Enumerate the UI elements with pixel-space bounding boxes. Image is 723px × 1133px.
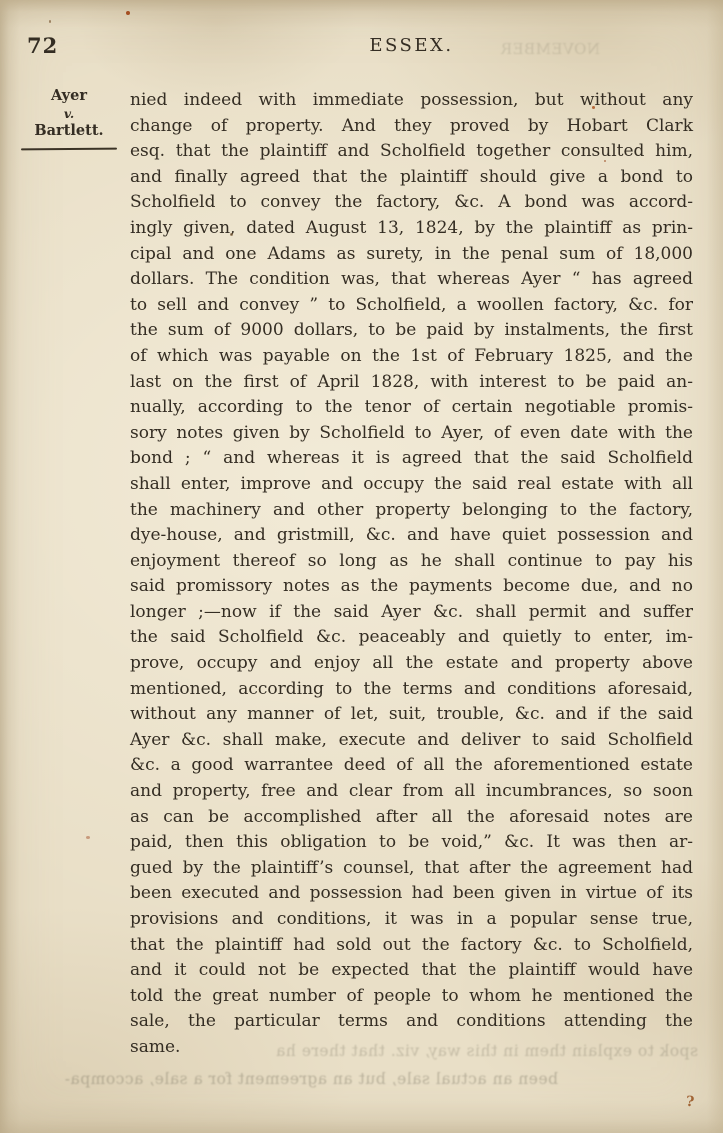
text-line: ingly given, dated August 13, 1824, by t… — [130, 216, 693, 242]
text-line: mentioned, according to the terms and co… — [130, 677, 693, 703]
text-line: esq. that the plaintiff and Scholfield t… — [130, 139, 693, 165]
text-line: as can be accomplished after all the afo… — [130, 805, 693, 831]
text-line: dollars. The condition was, that whereas… — [130, 267, 693, 293]
text-line: Scholfield to convey the factory, &c. A … — [130, 190, 693, 216]
text-line: enjoyment thereof so long as he shall co… — [130, 549, 693, 575]
text-line: told the great number of people to whom … — [130, 984, 693, 1010]
text-line: said promissory notes as the payments be… — [130, 574, 693, 600]
text-line: nied indeed with immediate possession, b… — [130, 88, 693, 114]
text-line: Ayer &c. shall make, execute and deliver… — [130, 728, 693, 754]
text-line: sory notes given by Scholfield to Ayer, … — [130, 421, 693, 447]
text-line: been executed and possession had been gi… — [130, 881, 693, 907]
text-line: and finally agreed that the plaintiff sh… — [130, 165, 693, 191]
text-line: change of property. And they proved by H… — [130, 114, 693, 140]
sidenote-plaintiff: Ayer — [16, 86, 122, 106]
text-line: the sum of 9000 dollars, to be paid by i… — [130, 318, 693, 344]
text-line: sale, the particular terms and condition… — [130, 1009, 693, 1035]
text-line: last on the first of April 1828, with in… — [130, 370, 693, 396]
text-line: bond ; “ and whereas it is agreed that t… — [130, 446, 693, 472]
text-line: the said Scholfield &c. peaceably and qu… — [130, 625, 693, 651]
running-head: ESSEX. — [130, 35, 693, 56]
bleedthrough-text: been an actual sale, but an agreement fo… — [88, 1070, 558, 1088]
text-line: gued by the plaintiff’s counsel, that af… — [130, 856, 693, 882]
text-line: the machinery and other property belongi… — [130, 498, 693, 524]
text-line: and property, free and clear from all in… — [130, 779, 693, 805]
page-number: 72 — [27, 33, 58, 58]
text-line: longer ;—now if the said Ayer &c. shall … — [130, 600, 693, 626]
text-line: provisions and conditions, it was in a p… — [130, 907, 693, 933]
book-page: 72 ESSEX. NOVEMBER Ayer v. Bartlett. nie… — [0, 0, 723, 1133]
paper-speck — [126, 11, 130, 15]
text-line: same. — [130, 1035, 693, 1061]
sidenote-versus: v. — [16, 106, 122, 121]
paper-speck — [49, 20, 51, 23]
text-line: and it could not be expected that the pl… — [130, 958, 693, 984]
text-line: dye-house, and gristmill, &c. and have q… — [130, 523, 693, 549]
text-line: of which was payable on the 1st of Febru… — [130, 344, 693, 370]
sidenote-rule — [21, 148, 117, 151]
text-line: prove, occupy and enjoy all the estate a… — [130, 651, 693, 677]
text-line: &c. a good warrantee deed of all the afo… — [130, 753, 693, 779]
paper-speck — [86, 836, 90, 839]
text-line: without any manner of let, suit, trouble… — [130, 702, 693, 728]
case-sidenote: Ayer v. Bartlett. — [16, 86, 122, 141]
text-line: cipal and one Adams as surety, in the pe… — [130, 242, 693, 268]
sidenote-defendant: Bartlett. — [16, 121, 122, 141]
text-line: to sell and convey ” to Scholfield, a wo… — [130, 293, 693, 319]
text-line: that the plaintiff had sold out the fact… — [130, 933, 693, 959]
text-line: nually, according to the tenor of certai… — [130, 395, 693, 421]
ink-mark: ? — [685, 1094, 694, 1111]
text-line: shall enter, improve and occupy the said… — [130, 472, 693, 498]
body-text: nied indeed with immediate possession, b… — [130, 88, 693, 1061]
text-line: paid, then this obligation to be void,” … — [130, 830, 693, 856]
